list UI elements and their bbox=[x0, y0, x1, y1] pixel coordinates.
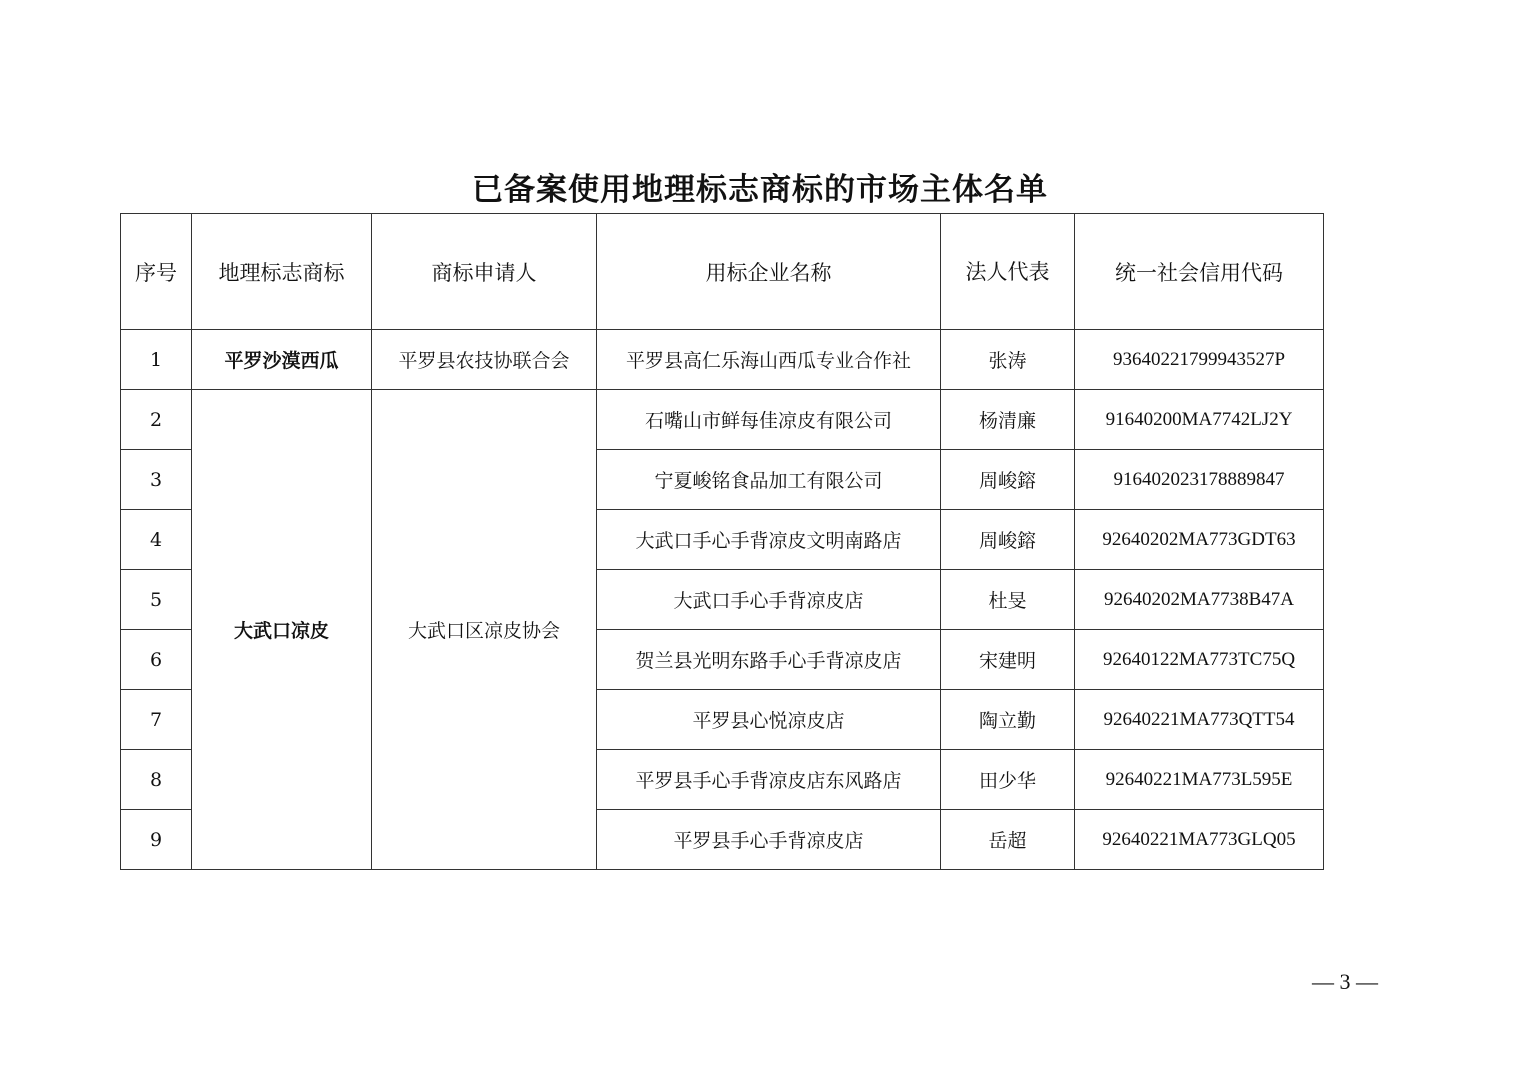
credit-code-cell: 91640200MA7742LJ2Y bbox=[1075, 390, 1324, 450]
legal-rep-cell: 杜旻 bbox=[941, 570, 1075, 630]
enterprise-cell: 石嘴山市鲜每佳凉皮有限公司 bbox=[597, 390, 941, 450]
page-number: — 3 — bbox=[1300, 969, 1390, 995]
applicant-cell: 平罗县农技协联合会 bbox=[372, 330, 597, 390]
header-credit-code: 统一社会信用代码 bbox=[1075, 214, 1324, 330]
applicant-cell: 大武口区凉皮协会 bbox=[372, 390, 597, 870]
enterprise-cell: 大武口手心手背凉皮店 bbox=[597, 570, 941, 630]
enterprise-cell: 贺兰县光明东路手心手背凉皮店 bbox=[597, 630, 941, 690]
enterprise-cell: 平罗县手心手背凉皮店东风路店 bbox=[597, 750, 941, 810]
credit-code-cell: 93640221799943527P bbox=[1075, 330, 1324, 390]
enterprise-cell: 宁夏峻铭食品加工有限公司 bbox=[597, 450, 941, 510]
table-header-row: 序号 地理标志商标 商标申请人 用标企业名称 法人代表 统一社会信用代码 bbox=[121, 214, 1324, 330]
legal-rep-cell: 陶立勤 bbox=[941, 690, 1075, 750]
row-index: 6 bbox=[121, 630, 192, 690]
gi-trademark-cell: 平罗沙漠西瓜 bbox=[192, 330, 372, 390]
row-index: 7 bbox=[121, 690, 192, 750]
legal-rep-cell: 田少华 bbox=[941, 750, 1075, 810]
row-index: 1 bbox=[121, 330, 192, 390]
header-gi-trademark: 地理标志商标 bbox=[192, 214, 372, 330]
market-entity-table: 序号 地理标志商标 商标申请人 用标企业名称 法人代表 统一社会信用代码 1 平… bbox=[120, 213, 1324, 870]
credit-code-cell: 916402023178889847 bbox=[1075, 450, 1324, 510]
header-index: 序号 bbox=[121, 214, 192, 330]
table-row: 2 大武口凉皮 大武口区凉皮协会 石嘴山市鲜每佳凉皮有限公司 杨清廉 91640… bbox=[121, 390, 1324, 450]
legal-rep-cell: 宋建明 bbox=[941, 630, 1075, 690]
row-index: 9 bbox=[121, 810, 192, 870]
credit-code-cell: 92640221MA773L595E bbox=[1075, 750, 1324, 810]
row-index: 2 bbox=[121, 390, 192, 450]
enterprise-cell: 大武口手心手背凉皮文明南路店 bbox=[597, 510, 941, 570]
credit-code-cell: 92640122MA773TC75Q bbox=[1075, 630, 1324, 690]
header-enterprise: 用标企业名称 bbox=[597, 214, 941, 330]
row-index: 5 bbox=[121, 570, 192, 630]
enterprise-cell: 平罗县心悦凉皮店 bbox=[597, 690, 941, 750]
row-index: 4 bbox=[121, 510, 192, 570]
row-index: 3 bbox=[121, 450, 192, 510]
credit-code-cell: 92640221MA773QTT54 bbox=[1075, 690, 1324, 750]
credit-code-cell: 92640202MA7738B47A bbox=[1075, 570, 1324, 630]
page-title: 已备案使用地理标志商标的市场主体名单 bbox=[0, 168, 1520, 212]
credit-code-cell: 92640221MA773GLQ05 bbox=[1075, 810, 1324, 870]
legal-rep-cell: 杨清廉 bbox=[941, 390, 1075, 450]
enterprise-cell: 平罗县手心手背凉皮店 bbox=[597, 810, 941, 870]
gi-trademark-cell: 大武口凉皮 bbox=[192, 390, 372, 870]
legal-rep-cell: 周峻鎔 bbox=[941, 510, 1075, 570]
enterprise-cell: 平罗县高仁乐海山西瓜专业合作社 bbox=[597, 330, 941, 390]
legal-rep-cell: 岳超 bbox=[941, 810, 1075, 870]
legal-rep-cell: 周峻鎔 bbox=[941, 450, 1075, 510]
table-row: 1 平罗沙漠西瓜 平罗县农技协联合会 平罗县高仁乐海山西瓜专业合作社 张涛 93… bbox=[121, 330, 1324, 390]
header-applicant: 商标申请人 bbox=[372, 214, 597, 330]
credit-code-cell: 92640202MA773GDT63 bbox=[1075, 510, 1324, 570]
header-legal-rep: 法人代表 bbox=[941, 214, 1075, 330]
legal-rep-cell: 张涛 bbox=[941, 330, 1075, 390]
row-index: 8 bbox=[121, 750, 192, 810]
